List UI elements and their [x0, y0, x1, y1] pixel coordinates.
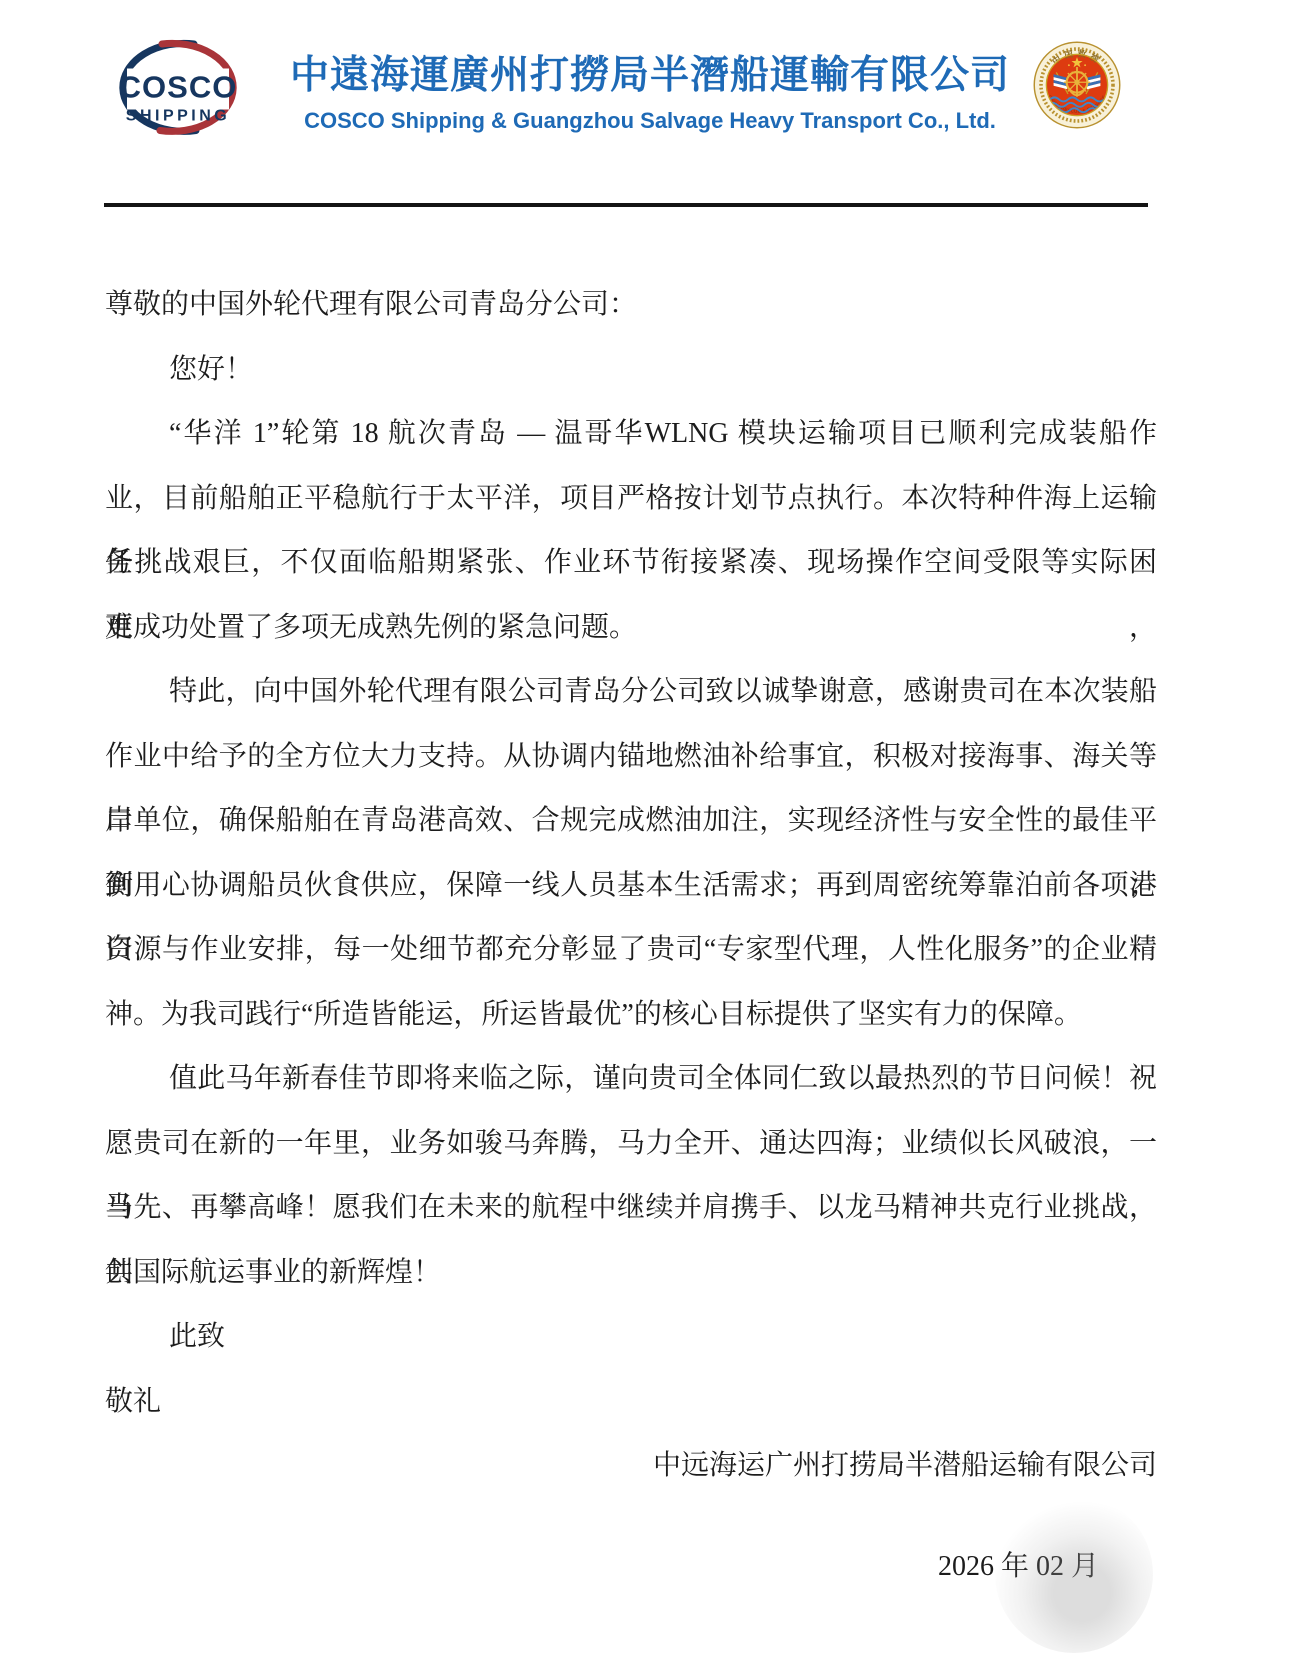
body-line: 特此，向中国外轮代理有限公司青岛分公司致以诚挚谢意，感谢贵司在本次装船 [105, 660, 1157, 725]
letter-page: COSCO SHIPPING 中遠海運廣州打撈局半潛船運輸有限公司 COSCO … [0, 0, 1292, 1678]
greeting-line: 您好！ [105, 338, 1157, 403]
body-line: “华洋 1”轮第 18 航次青岛 — 温哥华WLNG 模块运输项目已顺利完成装船… [105, 402, 1157, 467]
letter-body: 尊敬的中国外轮代理有限公司青岛分公司： 您好！ “华洋 1”轮第 18 航次青岛… [105, 273, 1157, 1599]
body-line: 资源与作业安排，每一处细节都充分彰显了贵司“专家型代理，人性化服务”的企业精 [105, 918, 1157, 983]
letterhead: COSCO SHIPPING 中遠海運廣州打撈局半潛船運輸有限公司 COSCO … [0, 0, 1292, 250]
body-line: 作业中给予的全方位大力支持。从协调内锚地燃油补给事宜，积极对接海事、海关等口 [105, 725, 1157, 790]
china-rescue-salvage-emblem-icon: 中国救捞 CHINA RESCUE & SALVAGE [1032, 40, 1122, 130]
body-line: 业，目前船舶正平稳航行于太平洋，项目严格按计划节点执行。本次特种件海上运输任 [105, 467, 1157, 532]
letterhead-titles: 中遠海運廣州打撈局半潛船運輸有限公司 COSCO Shipping & Guan… [255, 44, 1045, 134]
signature-line: 中远海运广州打捞局半潜船运输有限公司 [105, 1434, 1157, 1499]
salutation-line: 尊敬的中国外轮代理有限公司青岛分公司： [105, 273, 1157, 338]
letterhead-divider [104, 203, 1148, 207]
shipping-logo-text: SHIPPING [126, 108, 230, 125]
faded-stamp [995, 1495, 1153, 1653]
body-line: 到用心协调船员伙食供应，保障一线人员基本生活需求；再到周密统筹靠泊前各项港口 [105, 854, 1157, 919]
body-line: 创国际航运事业的新辉煌！ [105, 1241, 1157, 1306]
body-line: 务挑战艰巨，不仅面临船期紧张、作业环节衔接紧凑、现场操作空间受限等实际困难， [105, 531, 1157, 596]
body-line: 岸单位，确保船舶在青岛港高效、合规完成燃油加注，实现经济性与安全性的最佳平衡； [105, 789, 1157, 854]
closing-line: 敬礼 [105, 1370, 1157, 1435]
ship-wheel [1064, 69, 1090, 95]
body-line: 神。为我司践行“所造皆能运，所运皆最优”的核心目标提供了坚实有力的保障。 [105, 983, 1157, 1048]
body-line: 值此马年新春佳节即将来临之际，谨向贵司全体同仁致以最热烈的节日问候！祝 [105, 1047, 1157, 1112]
company-name-zh: 中遠海運廣州打撈局半潛船運輸有限公司 [255, 44, 1045, 100]
body-line: 愿贵司在新的一年里，业务如骏马奔腾，马力全开、通达四海；业绩似长风破浪，一马 [105, 1112, 1157, 1177]
cosco-logo-text: COSCO [119, 70, 238, 105]
cosco-shipping-logo-icon: COSCO SHIPPING [108, 34, 248, 142]
closing-line: 此致 [105, 1305, 1157, 1370]
company-name-en: COSCO Shipping & Guangzhou Salvage Heavy… [255, 108, 1045, 134]
body-line: 当先、再攀高峰！愿我们在未来的航程中继续并肩携手、以龙马精神共克行业挑战，共 [105, 1176, 1157, 1241]
